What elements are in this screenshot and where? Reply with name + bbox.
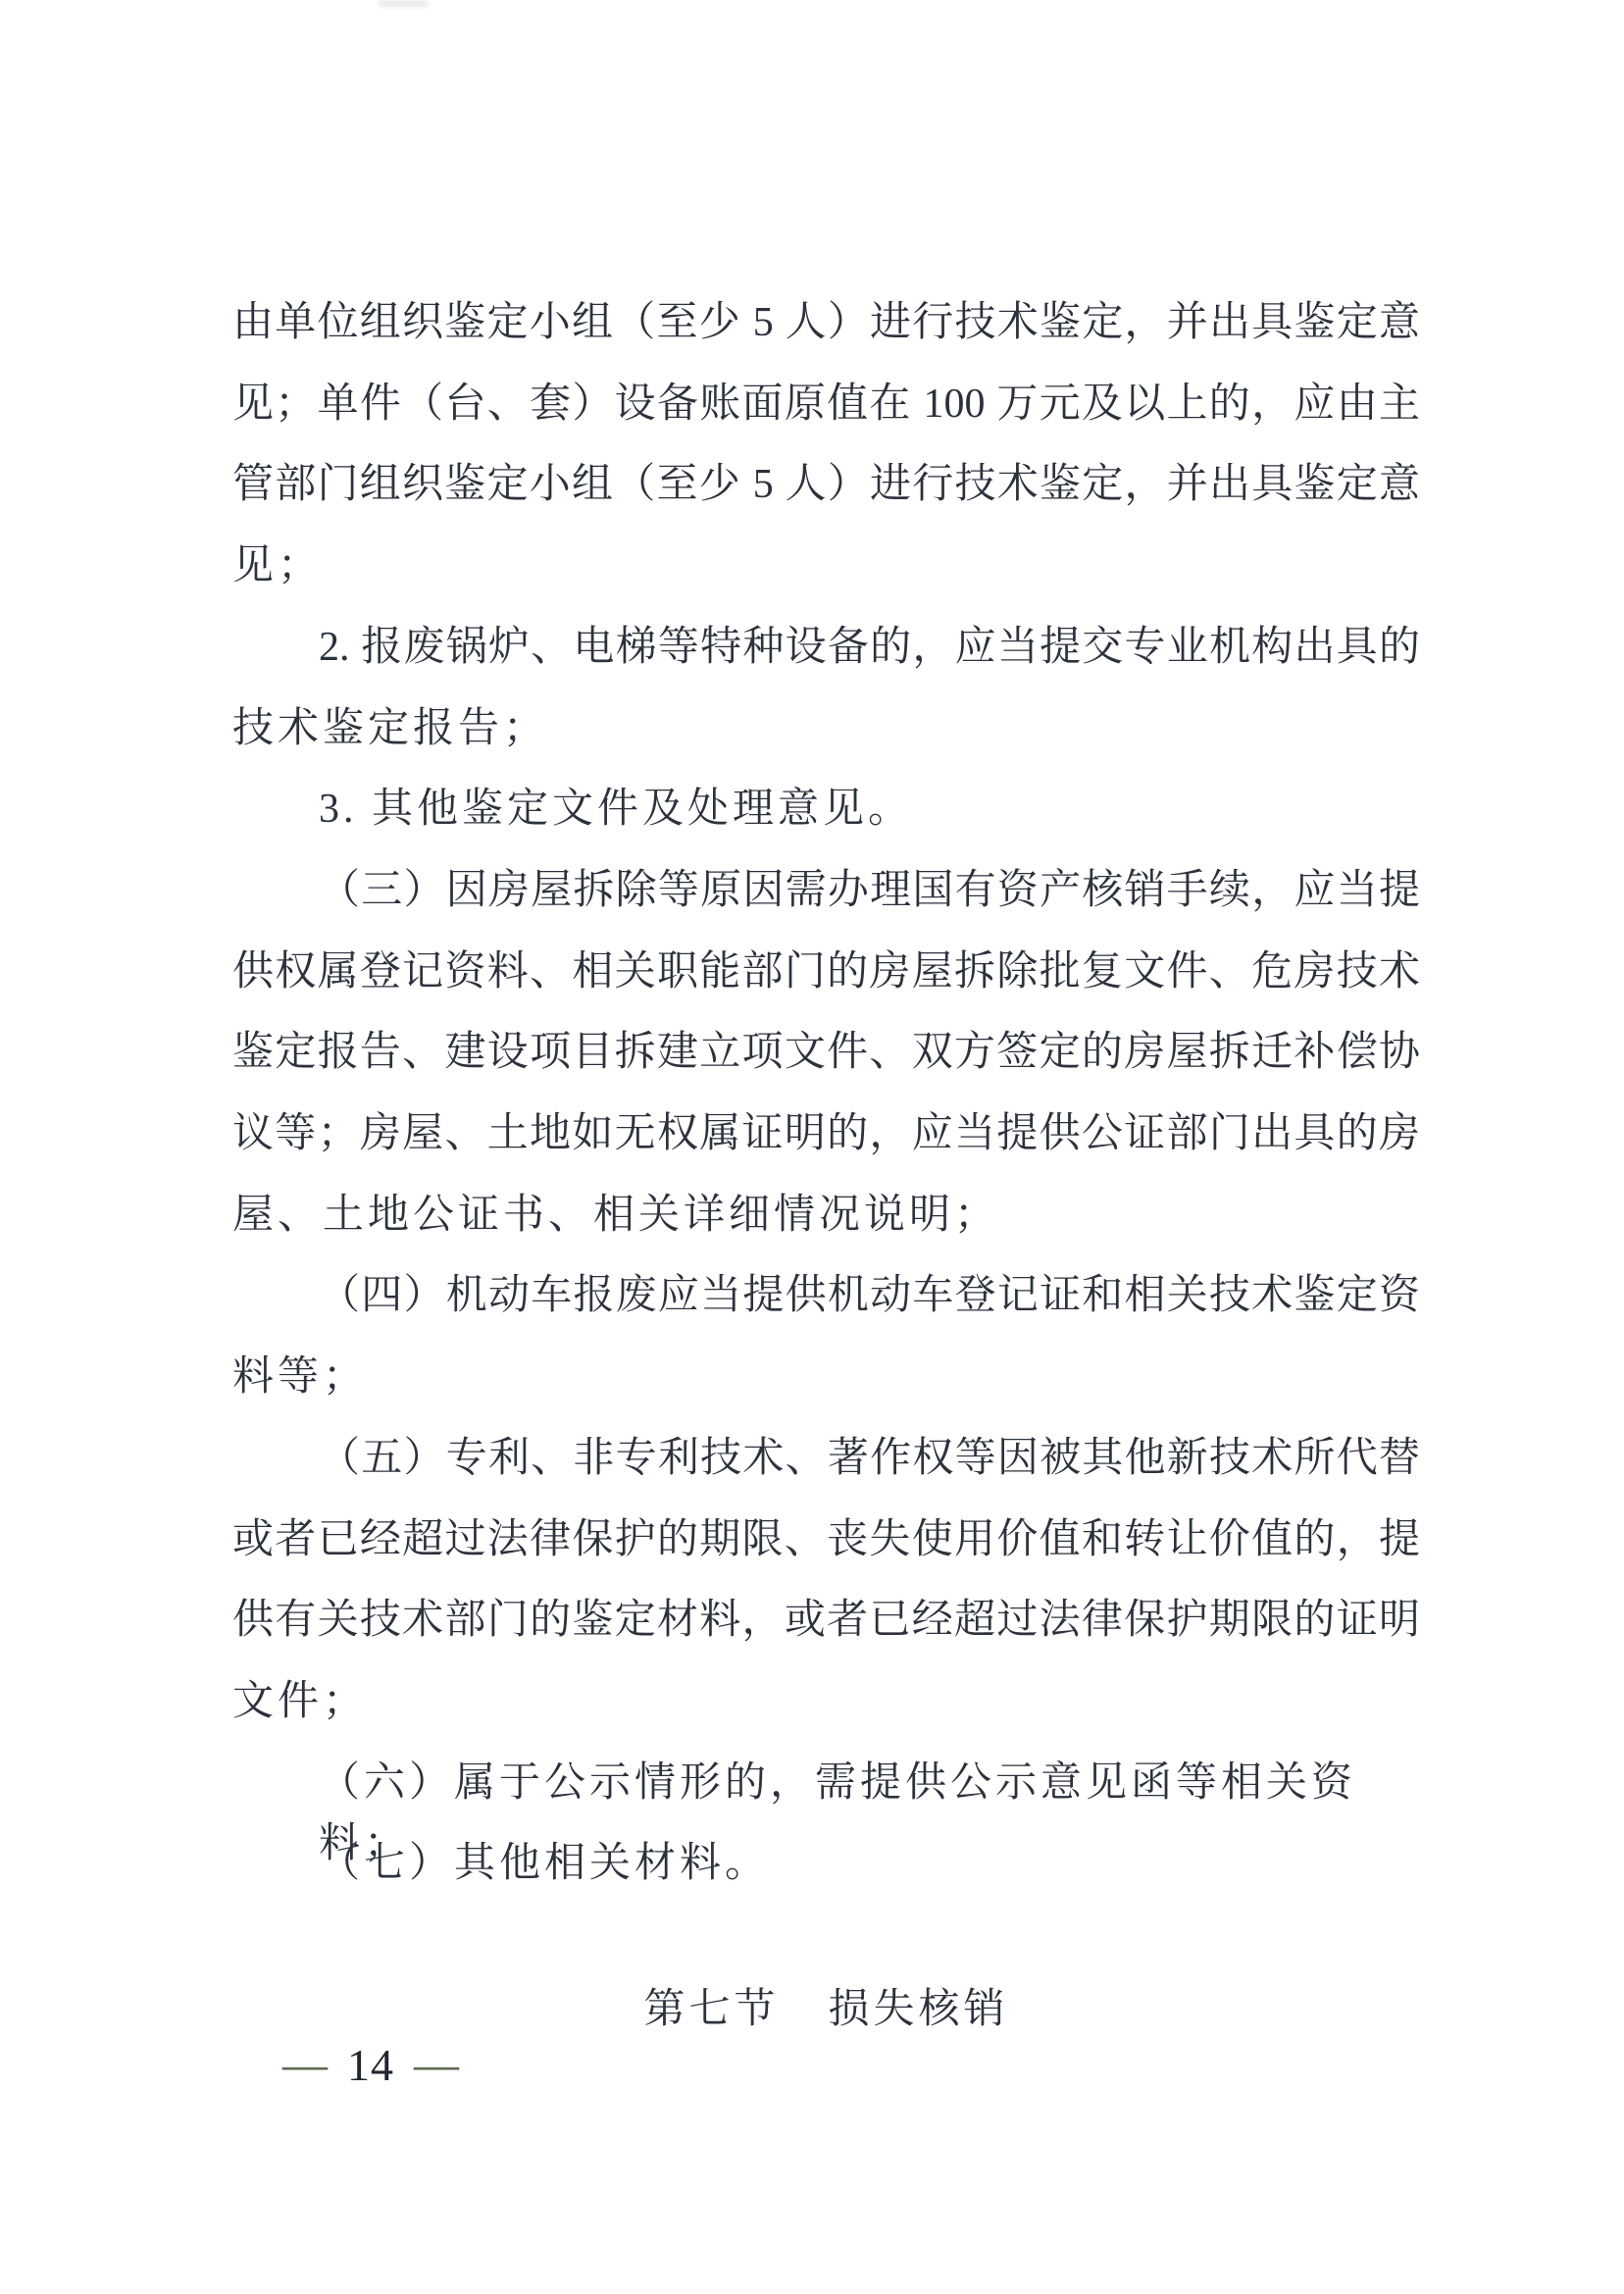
body-line: 管部门组织鉴定小组（至少 5 人）进行技术鉴定，并出具鉴定意 xyxy=(232,454,1420,515)
body-line: 鉴定报告、建设项目拆建立项文件、双方签定的房屋拆迁补偿协 xyxy=(232,1022,1420,1083)
section-heading-title: 损失核销 xyxy=(829,1987,1009,2032)
document-page: 由单位组织鉴定小组（至少 5 人）进行技术鉴定，并出具鉴定意 见；单件（台、套）… xyxy=(0,0,1624,2294)
section-heading: 第七节损失核销 xyxy=(232,1979,1420,2040)
body-line: 文件； xyxy=(232,1671,1420,1732)
body-line: 见； xyxy=(232,535,1420,596)
footer-right-dash: — xyxy=(414,2044,459,2088)
page-number: 14 xyxy=(347,2038,394,2093)
body-line: （五）专利、非专利技术、著作权等因被其他新技术所代替 xyxy=(232,1428,1420,1489)
scan-artifact xyxy=(378,0,429,7)
body-line: 供有关技术部门的鉴定材料，或者已经超过法律保护期限的证明 xyxy=(232,1590,1420,1651)
body-line: 见；单件（台、套）设备账面原值在 100 万元及以上的，应由主 xyxy=(232,374,1420,434)
body-line: （三）因房屋拆除等原因需办理国有资产核销手续，应当提 xyxy=(232,860,1420,921)
body-line: 供权属登记资料、相关职能部门的房屋拆除批复文件、危房技术 xyxy=(232,942,1420,1002)
body-line: （七）其他相关材料。 xyxy=(232,1833,1420,1894)
section-heading-label: 第七节 xyxy=(643,1987,779,2032)
body-line: 由单位组织鉴定小组（至少 5 人）进行技术鉴定，并出具鉴定意 xyxy=(232,292,1420,353)
page-footer: — 14 — xyxy=(282,2038,459,2093)
body-line: 议等；房屋、土地如无权属证明的，应当提供公证部门出具的房 xyxy=(232,1103,1420,1164)
body-line: （四）机动车报废应当提供机动车登记证和相关技术鉴定资 xyxy=(232,1265,1420,1326)
body-line: （六）属于公示情形的，需提供公示意见函等相关资料； xyxy=(232,1753,1420,1813)
body-line: 3. 其他鉴定文件及处理意见。 xyxy=(232,779,1420,840)
body-line: 或者已经超过法律保护的期限、丧失使用价值和转让价值的，提 xyxy=(232,1509,1420,1570)
body-line: 技术鉴定报告； xyxy=(232,698,1420,759)
body-line: 料等； xyxy=(232,1347,1420,1407)
footer-left-dash: — xyxy=(282,2044,328,2088)
body-line: 2. 报废锅炉、电梯等特种设备的，应当提交专业机构出具的 xyxy=(232,617,1420,678)
body-line: 屋、土地公证书、相关详细情况说明； xyxy=(232,1185,1420,1246)
